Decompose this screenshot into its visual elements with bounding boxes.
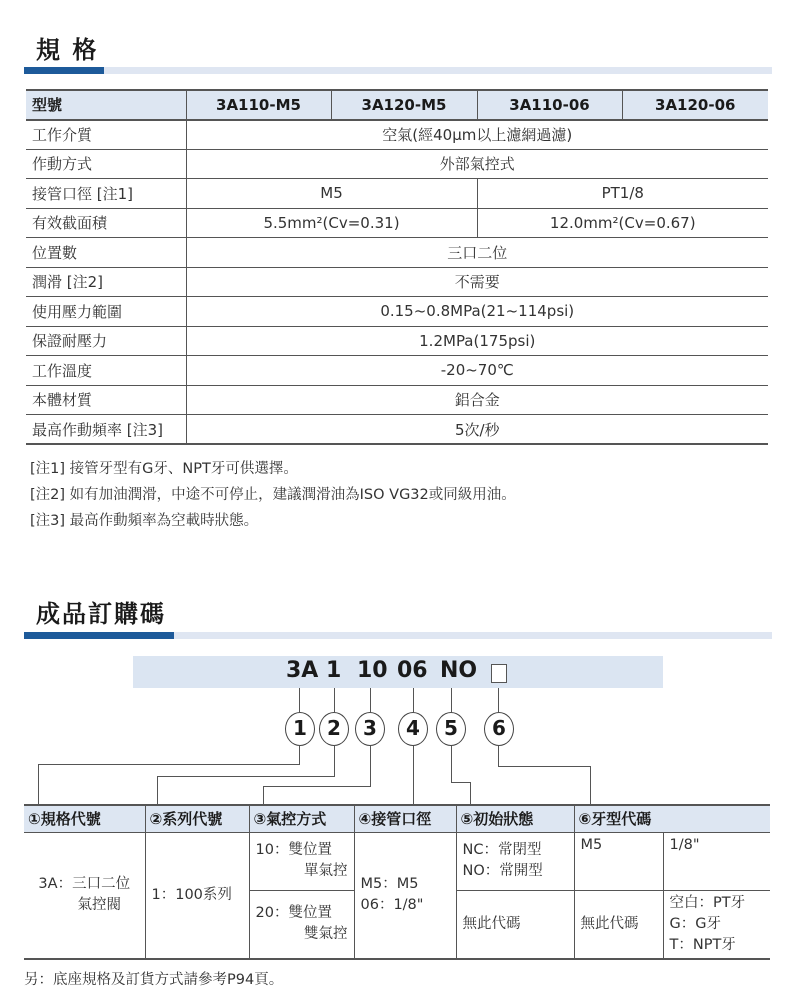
spec-value: -20~70℃ [186,356,768,386]
connector-line [157,776,158,804]
spec-row: 接管口徑 [注1] M5 PT1/8 [26,179,768,209]
code-part-state: NO [440,658,477,683]
spec-value: 5次/秒 [186,415,768,445]
header-initial-state: ⑤初始狀態 [456,805,574,832]
order-section-title: 成品訂購碼 [36,594,166,629]
model-3A110-M5: 3A110-M5 [186,90,331,120]
thread-option-g: G：G牙 [670,914,765,935]
connector-line [470,782,471,804]
series-code-cell: 1：100系列 [145,832,249,959]
header-port-size: ④接管口徑 [354,805,456,832]
control-20-line1: 20：雙位置 [256,903,348,924]
spec-table-header: 型號 3A110-M5 3A120-M5 3A110-06 3A120-06 [26,90,768,120]
control-10-line2: 單氣控 [256,861,348,882]
spec-row: 最高作動頻率 [注3] 5次/秒 [26,415,768,445]
note-3: [注3] 最高作動頻率為空載時狀態。 [30,508,516,534]
spec-label: 工作介質 [26,120,186,150]
connector-line [590,766,591,804]
thread-m5-none-cell: 無此代碼 [574,890,663,959]
thread-option-pt: 空白：PT牙 [670,893,765,914]
code-part-spec: 3A [286,658,318,683]
spec-label: 作動方式 [26,149,186,179]
circle-5: 5 [436,712,466,746]
connector-line [334,746,335,776]
control-cell-20: 20：雙位置 雙氣控 [249,890,354,959]
spec-value-m5: M5 [186,179,477,209]
thread-option-npt: T：NPT牙 [670,935,765,956]
spec-label: 位置數 [26,238,186,268]
thread-m5-cell: M5 [574,832,663,890]
circle-3: 3 [355,712,385,746]
port-cell: M5：M5 06：1/8" [354,832,456,959]
control-10-line1: 10：雙位置 [256,840,348,861]
spec-value-06: 12.0mm²(Cv=0.67) [477,208,768,238]
model-3A120-M5: 3A120-M5 [331,90,477,120]
header-spec-code: ①規格代號 [24,805,145,832]
connector-line [498,766,590,767]
state-none-cell: 無此代碼 [456,890,574,959]
section-divider [24,67,772,74]
control-20-line2: 雙氣控 [256,924,348,945]
connector-line [370,688,371,712]
note-2: [注2] 如有加油潤滑，中途不可停止，建議潤滑油為ISO VG32或同級用油。 [30,482,516,508]
code-part-control: 10 [357,658,388,683]
thread-options-cell: 空白：PT牙 G：G牙 T：NPT牙 [663,890,770,959]
state-cell: NC：常閉型 NO：常開型 [456,832,574,890]
spec-value: 鋁合金 [186,385,768,415]
spec-row: 有效截面積 5.5mm²(Cv=0.31) 12.0mm²(Cv=0.67) [26,208,768,238]
spec-value: 空氣(經40μm以上濾網過濾) [186,120,768,150]
spec-table: 型號 3A110-M5 3A120-M5 3A110-06 3A120-06 工… [26,89,768,445]
spec-value: 三口二位 [186,238,768,268]
connector-line [413,688,414,712]
header-thread-code: ⑥牙型代碼 [574,805,770,832]
spec-row: 工作介質 空氣(經40μm以上濾網過濾) [26,120,768,150]
connector-line [299,746,300,764]
code-part-port: 06 [397,658,428,683]
footer-note: 另：底座規格及訂貨方式請參考P94頁。 [24,968,283,989]
note-1: [注1] 接管牙型有G牙、NPT牙可供選擇。 [30,456,516,482]
spec-code-line2: 氣控閥 [30,895,139,916]
circle-2: 2 [319,712,349,746]
spec-label: 有效截面積 [26,208,186,238]
specs-section-title: 規 格 [36,30,98,65]
spec-value: 0.15~0.8MPa(21~114psi) [186,297,768,327]
spec-value-m5: 5.5mm²(Cv=0.31) [186,208,477,238]
spec-value: 外部氣控式 [186,149,768,179]
spec-label: 本體材質 [26,385,186,415]
spec-row: 工作溫度 -20~70℃ [26,356,768,386]
spec-label: 潤滑 [注2] [26,267,186,297]
state-no: NO：常開型 [463,861,568,882]
spec-label: 使用壓力範圍 [26,297,186,327]
port-06: 06：1/8" [361,895,450,916]
header-series-code: ②系列代號 [145,805,249,832]
connector-line [157,776,335,777]
connector-line [370,746,371,786]
code-part-thread-box [491,664,507,683]
code-part-series: 1 [326,658,341,683]
spec-value: 1.2MPa(175psi) [186,326,768,356]
spec-value: 不需要 [186,267,768,297]
spec-row: 保證耐壓力 1.2MPa(175psi) [26,326,768,356]
circle-1: 1 [285,712,315,746]
control-cell-10: 10：雙位置 單氣控 [249,832,354,890]
spec-row: 使用壓力範圍 0.15~0.8MPa(21~114psi) [26,297,768,327]
connector-line [299,688,300,712]
connector-line [451,782,471,783]
spec-label: 保證耐壓力 [26,326,186,356]
connector-line [263,786,264,804]
order-code-table: ①規格代號 ②系列代號 ③氣控方式 ④接管口徑 ⑤初始狀態 ⑥牙型代碼 3A：三… [24,804,770,960]
spec-row: 本體材質 鋁合金 [26,385,768,415]
circle-6: 6 [484,712,514,746]
model-3A110-06: 3A110-06 [477,90,622,120]
spec-code-cell: 3A：三口二位 氣控閥 [24,832,145,959]
header-control-method: ③氣控方式 [249,805,354,832]
spec-row: 作動方式 外部氣控式 [26,149,768,179]
circle-4: 4 [398,712,428,746]
state-nc: NC：常閉型 [463,840,568,861]
connector-line [334,688,335,712]
connector-line [38,764,300,765]
order-row: 3A：三口二位 氣控閥 1：100系列 10：雙位置 單氣控 M5：M5 06：… [24,832,770,890]
thread-18-cell: 1/8" [663,832,770,890]
spec-code-line1: 3A：三口二位 [30,874,139,895]
model-header-label: 型號 [26,90,186,120]
connector-line [413,746,414,804]
connector-line [451,746,452,782]
model-3A120-06: 3A120-06 [622,90,768,120]
section-divider [24,632,772,639]
spec-label: 接管口徑 [注1] [26,179,186,209]
spec-label: 最高作動頻率 [注3] [26,415,186,445]
spec-notes: [注1] 接管牙型有G牙、NPT牙可供選擇。 [注2] 如有加油潤滑，中途不可停… [30,456,516,534]
connector-line [451,688,452,712]
spec-row: 位置數 三口二位 [26,238,768,268]
spec-row: 潤滑 [注2] 不需要 [26,267,768,297]
spec-value-06: PT1/8 [477,179,768,209]
order-table-header: ①規格代號 ②系列代號 ③氣控方式 ④接管口徑 ⑤初始狀態 ⑥牙型代碼 [24,805,770,832]
connector-line [498,688,499,712]
connector-line [498,746,499,766]
port-m5: M5：M5 [361,874,450,895]
connector-line [38,764,39,804]
spec-label: 工作溫度 [26,356,186,386]
connector-line [263,786,371,787]
